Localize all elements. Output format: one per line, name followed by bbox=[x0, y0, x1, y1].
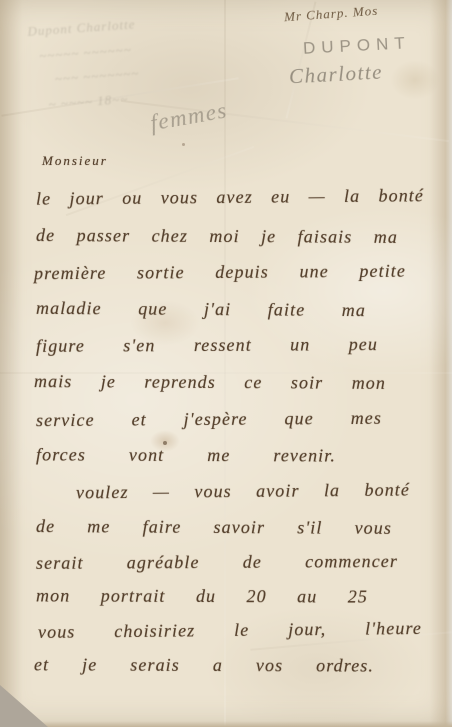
letter-line: serait agréable de commencer bbox=[36, 552, 398, 574]
letter-line: maladie que j'ai faite ma bbox=[36, 299, 366, 321]
letter-line: service et j'espère que mes bbox=[36, 409, 382, 431]
pencil-firstname-annotation: Charlotte bbox=[288, 60, 383, 90]
letter-line: première sortie depuis une petite bbox=[34, 262, 406, 284]
letter-salutation: Monsieur bbox=[42, 154, 132, 168]
letter-line: de passer chez moi je faisais ma bbox=[36, 226, 398, 248]
faint-pencil-annotation: Dupont Charlotte ~~~~~ ~~~~~~ ~~~ ~~~~~~… bbox=[27, 12, 142, 118]
letter-line: voulez — vous avoir la bonté bbox=[76, 481, 410, 504]
letter-line: de me faire savoir s'il vous bbox=[36, 517, 392, 539]
letter-line: forces vont me revenir. bbox=[36, 445, 336, 466]
letter-line: le jour ou vous avez eu — la bonté bbox=[36, 186, 424, 209]
stain bbox=[390, 60, 440, 100]
letter-line: vous choisiriez le jour, l'heure bbox=[38, 619, 422, 643]
pencil-surname-annotation: DUPONT bbox=[303, 33, 412, 59]
paper-bottom-edge bbox=[0, 721, 452, 727]
paper-corner-cut bbox=[0, 685, 48, 727]
pencil-category-annotation: femmes bbox=[148, 97, 229, 136]
faint-pencil-line: ~ ~~~~ 18~~ bbox=[48, 86, 142, 117]
ink-speck bbox=[182, 143, 185, 146]
letter-line: mon portrait du 20 au 25 bbox=[36, 586, 368, 607]
letter-line: figure s'en ressent un peu bbox=[36, 335, 378, 357]
letter-line: mais je reprends ce soir mon bbox=[34, 372, 386, 394]
ink-note-top-right: Mr Charp. Mos bbox=[284, 3, 379, 26]
letter-scan: Dupont Charlotte ~~~~~ ~~~~~~ ~~~ ~~~~~~… bbox=[0, 0, 452, 727]
letter-line: et je serais a vos ordres. bbox=[34, 655, 374, 676]
